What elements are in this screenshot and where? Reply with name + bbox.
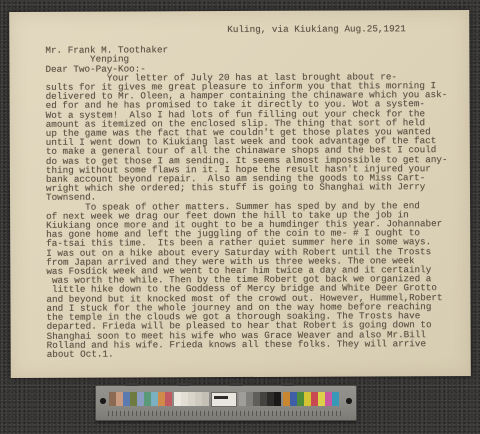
letter-paper: Kuling, via Kiukiang Aug.25,1921 Mr. Fra…	[9, 10, 471, 378]
color-swatch	[165, 392, 172, 406]
color-swatch	[195, 392, 202, 406]
scanned-letter-page: Kuling, via Kiukiang Aug.25,1921 Mr. Fra…	[0, 0, 480, 434]
strip-patches	[109, 392, 341, 406]
strip-hole-left	[100, 398, 106, 404]
color-swatch	[137, 392, 144, 406]
color-swatch	[174, 392, 181, 406]
strip-dark-grays	[239, 392, 281, 406]
strip-right-colors	[283, 392, 339, 406]
color-swatch	[304, 392, 311, 406]
strip-ruler-ticks	[108, 411, 344, 416]
color-swatch	[202, 392, 209, 406]
color-swatch	[123, 392, 130, 406]
color-swatch	[181, 392, 188, 406]
color-swatch	[151, 392, 158, 406]
color-swatch	[267, 392, 274, 406]
color-swatch	[239, 392, 246, 406]
color-calibration-strip	[95, 385, 357, 421]
color-swatch	[332, 392, 339, 406]
letter-line: about Oct.1.	[47, 348, 463, 359]
color-swatch	[311, 392, 318, 406]
letter-paragraph-2: To speak of other matters. Summer has sp…	[46, 201, 463, 359]
color-swatch	[109, 392, 116, 406]
letter-dateline: Kuling, via Kiukiang Aug.25,1921	[227, 24, 461, 34]
color-swatch	[130, 392, 137, 406]
letter-paragraph-1: Your letter of July 20 has at last broug…	[45, 72, 462, 203]
strip-top-tabs	[126, 383, 326, 386]
color-swatch	[274, 392, 281, 406]
strip-label	[211, 392, 237, 407]
color-swatch	[158, 392, 165, 406]
color-swatch	[116, 392, 123, 406]
strip-hole-right	[346, 398, 352, 404]
color-swatch	[188, 392, 195, 406]
color-swatch	[144, 392, 151, 406]
color-swatch	[297, 392, 304, 406]
strip-light-grays	[174, 392, 209, 406]
color-swatch	[246, 392, 253, 406]
color-swatch	[290, 392, 297, 406]
color-swatch	[325, 392, 332, 406]
color-swatch	[260, 392, 267, 406]
color-swatch	[318, 392, 325, 406]
color-swatch	[253, 392, 260, 406]
strip-label-mark	[214, 396, 228, 399]
strip-left-colors	[109, 392, 172, 406]
color-swatch	[283, 392, 290, 406]
